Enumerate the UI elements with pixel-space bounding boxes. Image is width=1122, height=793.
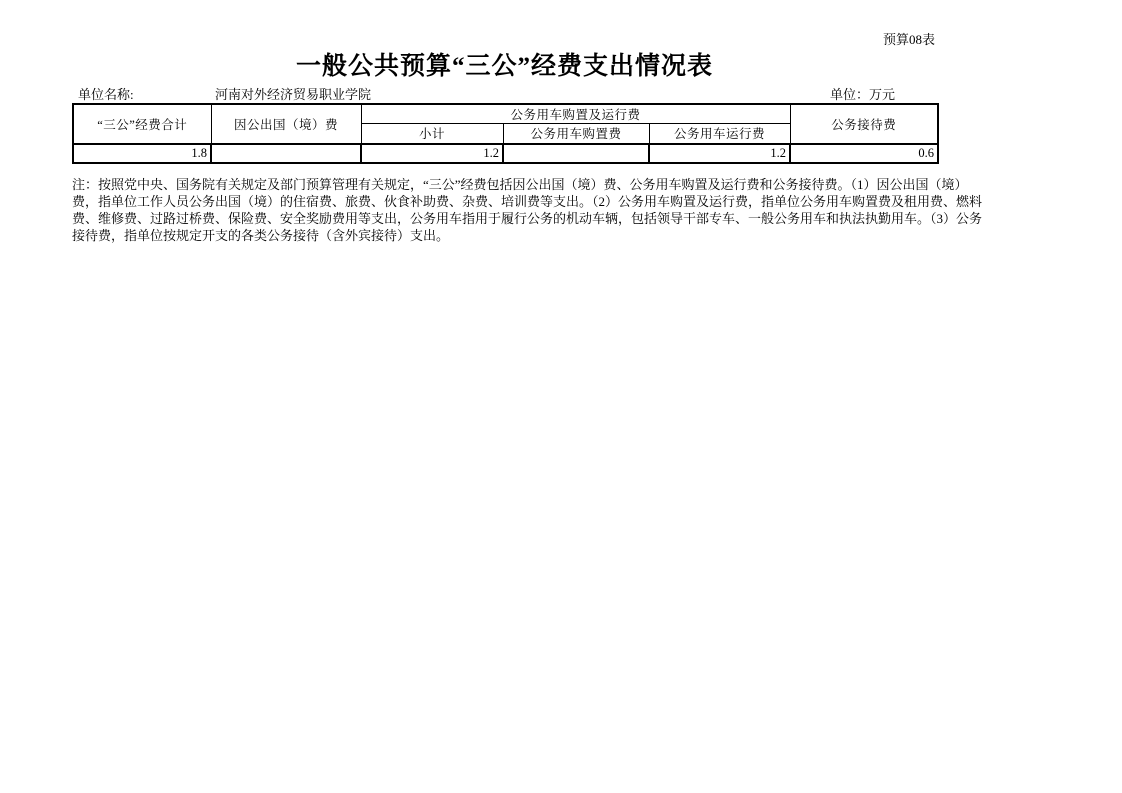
footnote-line: 费，指单位工作人员公务出国（境）的住宿费、旅费、伙食补助费、杂费、培训费等支出。… — [72, 194, 917, 211]
cell-reception: 0.6 — [790, 144, 938, 163]
cell-vehicle-purchase — [503, 144, 649, 163]
footnote: 注：按照党中央、国务院有关规定及部门预算管理有关规定，“三公”经费包括因公出国（… — [72, 177, 917, 245]
unit-name-value: 河南对外经济贸易职业学院 — [215, 84, 371, 103]
header-vehicle-operation: 公务用车运行费 — [649, 124, 790, 144]
table-row: 1.8 1.2 1.2 0.6 — [73, 144, 938, 163]
cell-vehicle-subtotal: 1.2 — [361, 144, 503, 163]
cell-abroad — [211, 144, 361, 163]
header-vehicle-subtotal: 小计 — [361, 124, 503, 144]
header-vehicle-purchase: 公务用车购置费 — [503, 124, 649, 144]
footnote-line: 接待费，指单位按规定开支的各类公务接待（含外宾接待）支出。 — [72, 228, 917, 245]
budget-document-page: 预算08表 一般公共预算“三公”经费支出情况表 单位名称: 河南对外经济贸易职业… — [0, 0, 1122, 793]
three-public-expense-table: “三公”经费合计 因公出国（境）费 公务用车购置及运行费 公务接待费 小计 公务… — [72, 103, 939, 164]
page-title: 一般公共预算“三公”经费支出情况表 — [72, 46, 937, 82]
footnote-line: 费、维修费、过路过桥费、保险费、安全奖励费用等支出，公务用车指用于履行公务的机动… — [72, 211, 917, 228]
cell-total: 1.8 — [73, 144, 211, 163]
header-abroad: 因公出国（境）费 — [211, 104, 361, 144]
unit-info-row: 单位名称: 河南对外经济贸易职业学院 单位：万元 — [72, 84, 937, 101]
unit-of-measure-label: 单位：万元 — [830, 84, 895, 103]
header-reception: 公务接待费 — [790, 104, 938, 144]
unit-name-label: 单位名称: — [78, 84, 134, 103]
header-vehicle-group: 公务用车购置及运行费 — [361, 104, 790, 124]
cell-vehicle-operation: 1.2 — [649, 144, 790, 163]
header-total: “三公”经费合计 — [73, 104, 211, 144]
footnote-line: 注：按照党中央、国务院有关规定及部门预算管理有关规定，“三公”经费包括因公出国（… — [72, 177, 917, 194]
